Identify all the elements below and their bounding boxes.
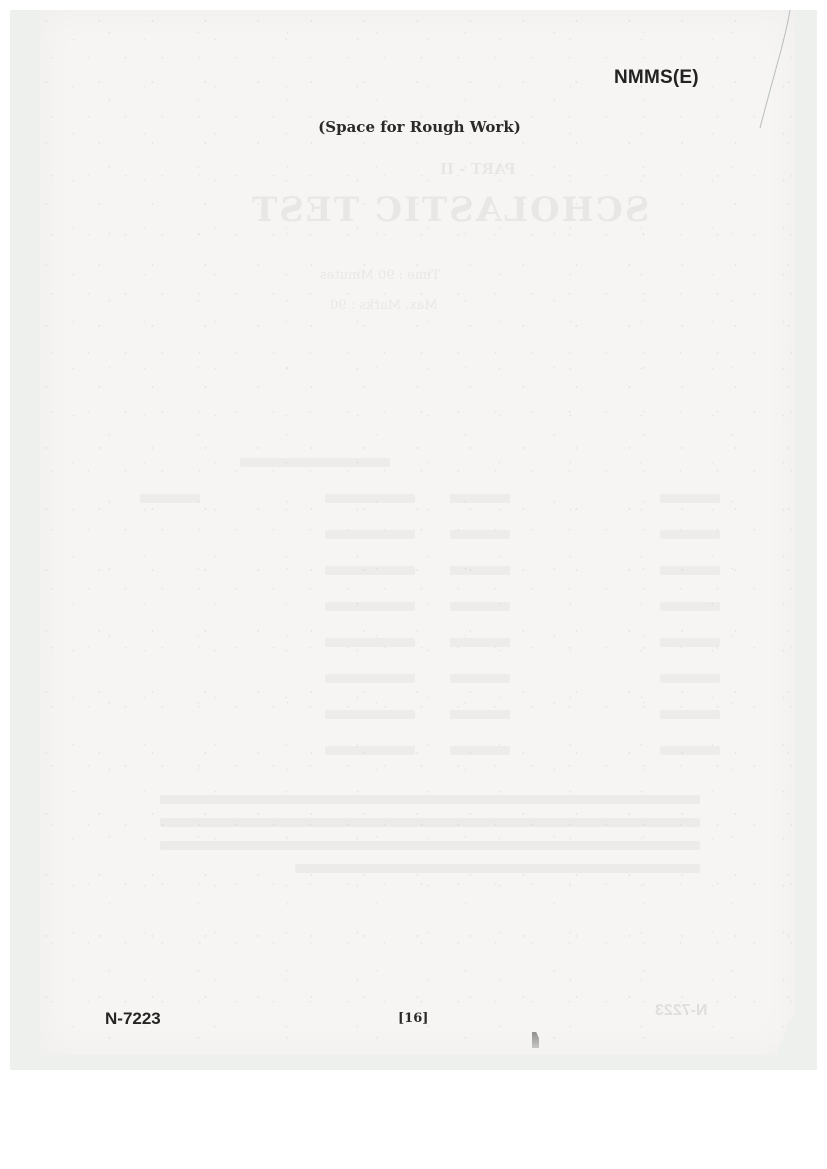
- page-number: [16]: [398, 1011, 428, 1026]
- booklet-code: N-7223: [105, 1009, 161, 1029]
- paper-texture: [40, 10, 795, 1055]
- exam-code-header: NMMS(E): [614, 67, 699, 89]
- document-page: [40, 10, 795, 1055]
- rough-work-label: (Space for Rough Work): [0, 118, 827, 136]
